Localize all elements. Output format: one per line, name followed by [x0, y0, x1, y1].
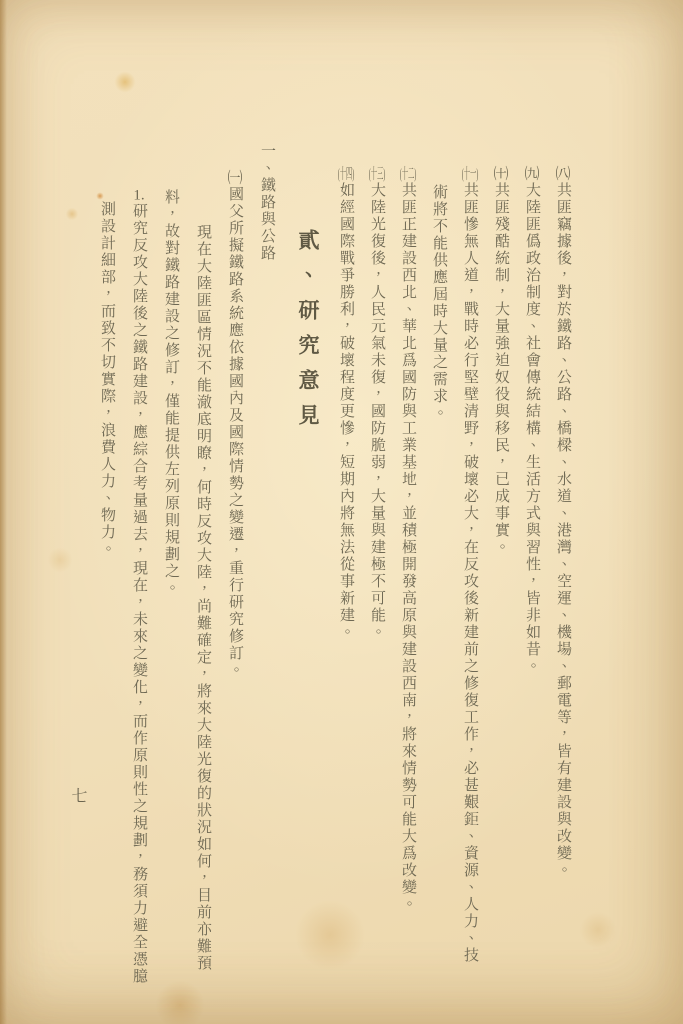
item-text: 國父所擬鐵路系統應依據國內及國際情勢之變遷，重行研究修訂。 — [227, 186, 243, 679]
item-number: 1. — [131, 188, 147, 203]
item-number: (十三) — [369, 167, 385, 182]
list-item: ㈨大陸匪僞政治制度、社會傳統結構、生活方式與習性，皆非如昔。 — [516, 167, 547, 973]
list-item: ㈠國父所擬鐵路系統應依據國內及國際情勢之變遷，重行研究修訂。 — [219, 143, 251, 995]
item-text: 大陸匪僞政治制度、社會傳統結構、生活方式與習性，皆非如昔。 — [524, 182, 540, 675]
page-number: 七 — [66, 787, 89, 803]
paragraph: 現在大陸匪區情況不能澈底明瞭，何時反攻大陸，尚難確定，將來大陸光復的狀況如何，目… — [155, 143, 219, 995]
item-number: ㈧ — [555, 167, 571, 182]
intro-items-block: ㈧共匪竊據後，對於鐵路、公路、橋樑、水道、港灣、空運、機場、郵電等，皆有建設與改… — [330, 167, 578, 973]
subsection-title: 一、鐵路與公路 — [251, 143, 283, 995]
item-text: 共匪竊據後，對於鐵路、公路、橋樑、水道、港灣、空運、機場、郵電等，皆有建設與改變… — [555, 182, 571, 879]
item-text: 共匪正建設西北、華北爲國防與工業基地，並積極開發高原與建設西南，將來情勢可能大爲… — [400, 182, 416, 913]
list-item: ㈩共匪殘酷統制，大量強迫奴役與移民，已成事實。 — [485, 167, 516, 973]
item-text: 大陸光復後，人民元氣未復，國防脆弱，大量與建極不可能。 — [369, 182, 385, 641]
item-text: 如經國際戰爭勝利，破壞程度更慘，短期內將無法從事新建。 — [338, 182, 354, 641]
item-number: (十二) — [400, 167, 416, 182]
list-item: (十二)共匪正建設西北、華北爲國防與工業基地，並積極開發高原與建設西南，將來情勢… — [392, 167, 423, 973]
numbered-item: 1.研究反攻大陸後之鐵路建設，應綜合考量過去，現在，未來之變化，而作原則性之規劃… — [91, 143, 155, 995]
list-item: (十一)共匪慘無人道，戰時必行堅壁清野，破壞必大，在反攻後新建前之修復工作，必甚… — [423, 167, 485, 973]
item-number: (十一) — [462, 167, 478, 182]
document-page: ㈧共匪竊據後，對於鐵路、公路、橋樑、水道、港灣、空運、機場、郵電等，皆有建設與改… — [0, 0, 683, 1024]
list-item: (十四)如經國際戰爭勝利，破壞程度更慘，短期內將無法從事新建。 — [330, 167, 361, 973]
list-item: (十三)大陸光復後，人民元氣未復，國防脆弱，大量與建極不可能。 — [361, 167, 392, 973]
item-number: ㈩ — [493, 167, 509, 182]
subsection-block: 一、鐵路與公路 ㈠國父所擬鐵路系統應依據國內及國際情勢之變遷，重行研究修訂。 現… — [89, 143, 283, 995]
item-text: 共匪殘酷統制，大量強迫奴役與移民，已成事實。 — [493, 182, 509, 556]
item-text: 共匪慘無人道，戰時必行堅壁清野，破壞必大，在反攻後新建前之修復工作，必甚艱鉅、資… — [431, 182, 478, 964]
item-text: 研究反攻大陸後之鐵路建設，應綜合考量過去，現在，未來之變化，而作原則性之規劃，務… — [99, 201, 147, 985]
item-number: ㈠ — [227, 171, 243, 186]
section-header: 貳、研究意見 — [285, 229, 323, 469]
list-item: ㈧共匪竊據後，對於鐵路、公路、橋樑、水道、港灣、空運、機場、郵電等，皆有建設與改… — [547, 167, 578, 973]
item-number: (十四) — [338, 167, 354, 182]
item-number: ㈨ — [524, 167, 540, 182]
